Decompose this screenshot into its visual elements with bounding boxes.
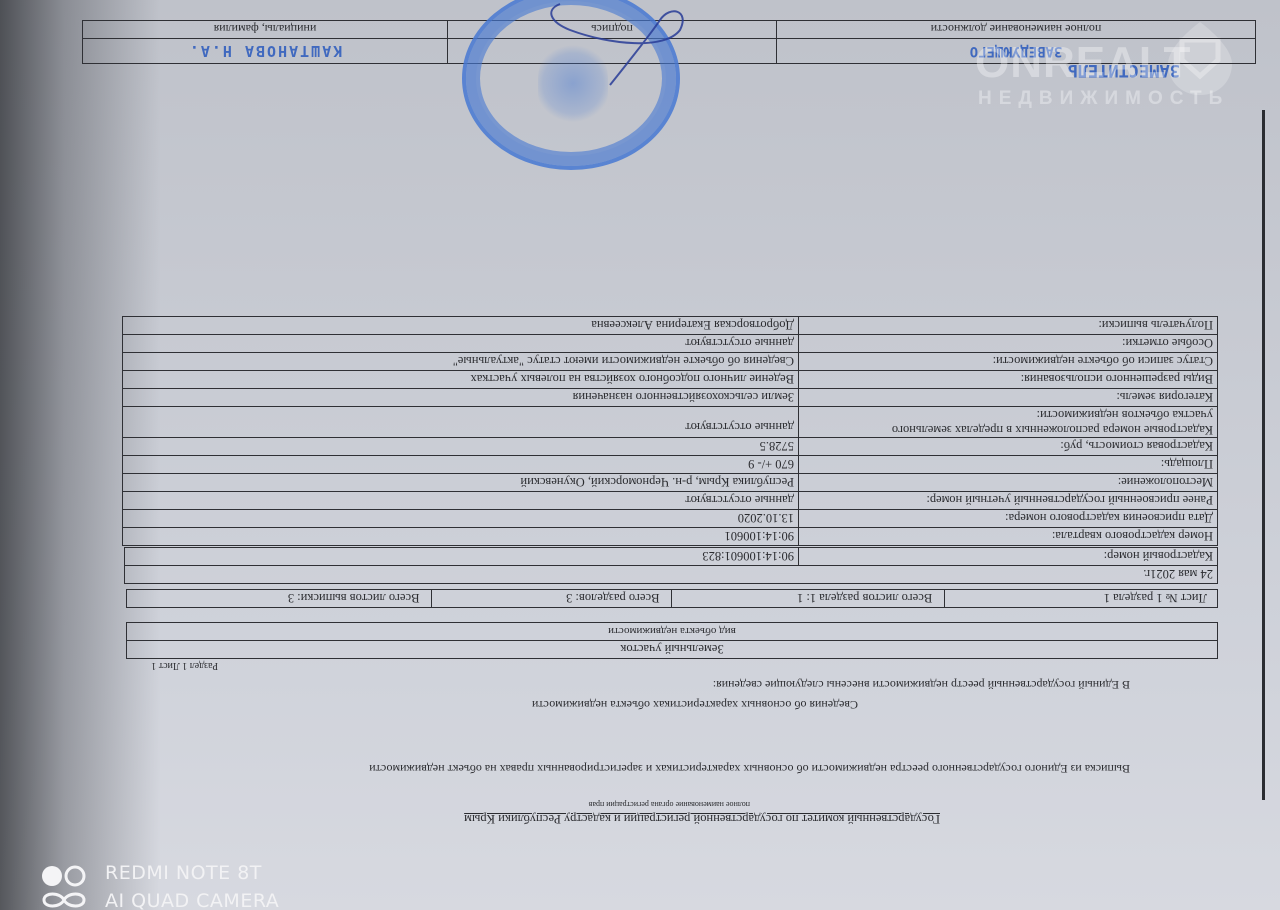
table-row: Площадь: 670 +/- 9 xyxy=(123,456,1218,474)
table-row: Кадастровая стоимость, руб: 5728.5 xyxy=(123,438,1218,456)
row-label: Кадастровая стоимость, руб: xyxy=(799,438,1218,456)
sheet-info-table: Лист № 1 раздела 1 Всего листов раздела … xyxy=(126,589,1218,608)
table-row: Статус записи об объекте недвижимости: С… xyxy=(123,353,1218,371)
authority-name: Государственный комитет по государственн… xyxy=(464,811,940,826)
document-title: Выписка из Единого государственного реес… xyxy=(369,761,1130,776)
position-caption: полное наименование должности xyxy=(777,21,1256,39)
camera-model-text: REDMI NOTE 8T xyxy=(105,862,262,884)
row-label: Получатель выписки: xyxy=(799,317,1218,335)
row-value: Добротворская Екатерина Алексеевна xyxy=(123,317,799,335)
row-label: Дата присвоения кадастрового номера: xyxy=(799,510,1218,528)
sheets-total: Всего листов выписки: 3 xyxy=(127,590,432,608)
row-label: Категория земель: xyxy=(799,389,1218,407)
site-watermark-brand: ONREALT xyxy=(975,38,1191,88)
row-value: 13.10.2020 xyxy=(123,510,799,528)
sheet-number: Лист № 1 раздела 1 xyxy=(945,590,1218,608)
table-row: Номер кадастрового квартала: 90:14:10060… xyxy=(123,528,1218,546)
intro-text: В Единый государственный реестр недвижим… xyxy=(713,677,1130,692)
row-label-line2: участка объектов недвижимости: xyxy=(803,407,1213,422)
row-label: Кадастровые номера расположенных в преде… xyxy=(799,407,1218,438)
object-type-value: Земельный участок xyxy=(127,641,1218,659)
table-row: Особые отметки: данные отсутствуют xyxy=(123,335,1218,353)
row-label: Виды разрешенного использования: xyxy=(799,371,1218,389)
table-row: Местоположение: Республика Крым, р-н. Че… xyxy=(123,474,1218,492)
object-type-table: Земельный участок вид объекта недвижимос… xyxy=(126,622,1218,659)
authority-caption: полное наименование органа регистрации п… xyxy=(589,800,750,809)
row-value: 5728.5 xyxy=(123,438,799,456)
table-row: Ранее присвоенный государственный учетны… xyxy=(123,492,1218,510)
name-stamp: КАШТАНОВА Н.А. xyxy=(188,43,342,61)
characteristics-table: Номер кадастрового квартала: 90:14:10060… xyxy=(122,316,1218,546)
sheets-in-section: Всего листов раздела 1: 1 xyxy=(672,590,945,608)
camera-logo-icon xyxy=(40,864,88,910)
row-label: Местоположение: xyxy=(799,474,1218,492)
row-label: Площадь: xyxy=(799,456,1218,474)
row-value: Ведение личного подсобного хозяйства на … xyxy=(123,371,799,389)
cadastral-number-table: Кадастровый номер: 90:14:100601:823 xyxy=(124,547,1218,566)
object-type-caption: вид объекта недвижимости xyxy=(127,623,1218,641)
sections-total: Всего разделов: 3 xyxy=(432,590,672,608)
row-value: данные отсутствуют xyxy=(123,407,799,438)
table-row: Получатель выписки: Добротворская Екатер… xyxy=(123,317,1218,335)
camera-type-text: AI QUAD CAMERA xyxy=(105,890,279,910)
table-row: Категория земель: Земли сельскохозяйстве… xyxy=(123,389,1218,407)
row-value: данные отсутствуют xyxy=(123,335,799,353)
table-row: Кадастровые номера расположенных в преде… xyxy=(123,407,1218,438)
row-value: данные отсутствуют xyxy=(123,492,799,510)
row-label-line1: Кадастровые номера расположенных в преде… xyxy=(803,422,1213,437)
registry-extract-page: Государственный комитет по государственн… xyxy=(0,0,1280,910)
row-value: Сведения об объекте недвижимости имеют с… xyxy=(123,353,799,371)
row-label: Статус записи об объекте недвижимости: xyxy=(799,353,1218,371)
row-label: Особые отметки: xyxy=(799,335,1218,353)
cadastral-number-value: 90:14:100601:823 xyxy=(125,548,799,566)
document-photo: Государственный комитет по государственн… xyxy=(0,0,1280,910)
row-label: Номер кадастрового квартала: xyxy=(799,528,1218,546)
row-value: 90:14:100601 xyxy=(123,528,799,546)
name-cell: КАШТАНОВА Н.А. xyxy=(83,39,448,64)
name-caption: инициалы, фамилия xyxy=(83,21,448,39)
section-reference: Раздел 1 Лист 1 xyxy=(151,660,218,671)
table-row: Виды разрешенного использования: Ведение… xyxy=(123,371,1218,389)
site-watermark-subtitle: НЕДВИЖИМОСТЬ xyxy=(978,88,1229,110)
row-label: Ранее присвоенный государственный учетны… xyxy=(799,492,1218,510)
row-value: Республика Крым, р-н. Черноморский, Окун… xyxy=(123,474,799,492)
table-row: Дата присвоения кадастрового номера: 13.… xyxy=(123,510,1218,528)
cadastral-number-label: Кадастровый номер: xyxy=(799,548,1218,566)
row-value: Земли сельскохозяйственного назначения xyxy=(123,389,799,407)
document-subtitle: Сведения об основных характеристиках объ… xyxy=(532,697,858,712)
row-value: 670 +/- 9 xyxy=(123,456,799,474)
date-table: 24 мая 2021г. xyxy=(124,565,1218,584)
extract-date: 24 мая 2021г. xyxy=(125,566,1218,584)
signature-scribble xyxy=(540,0,720,90)
